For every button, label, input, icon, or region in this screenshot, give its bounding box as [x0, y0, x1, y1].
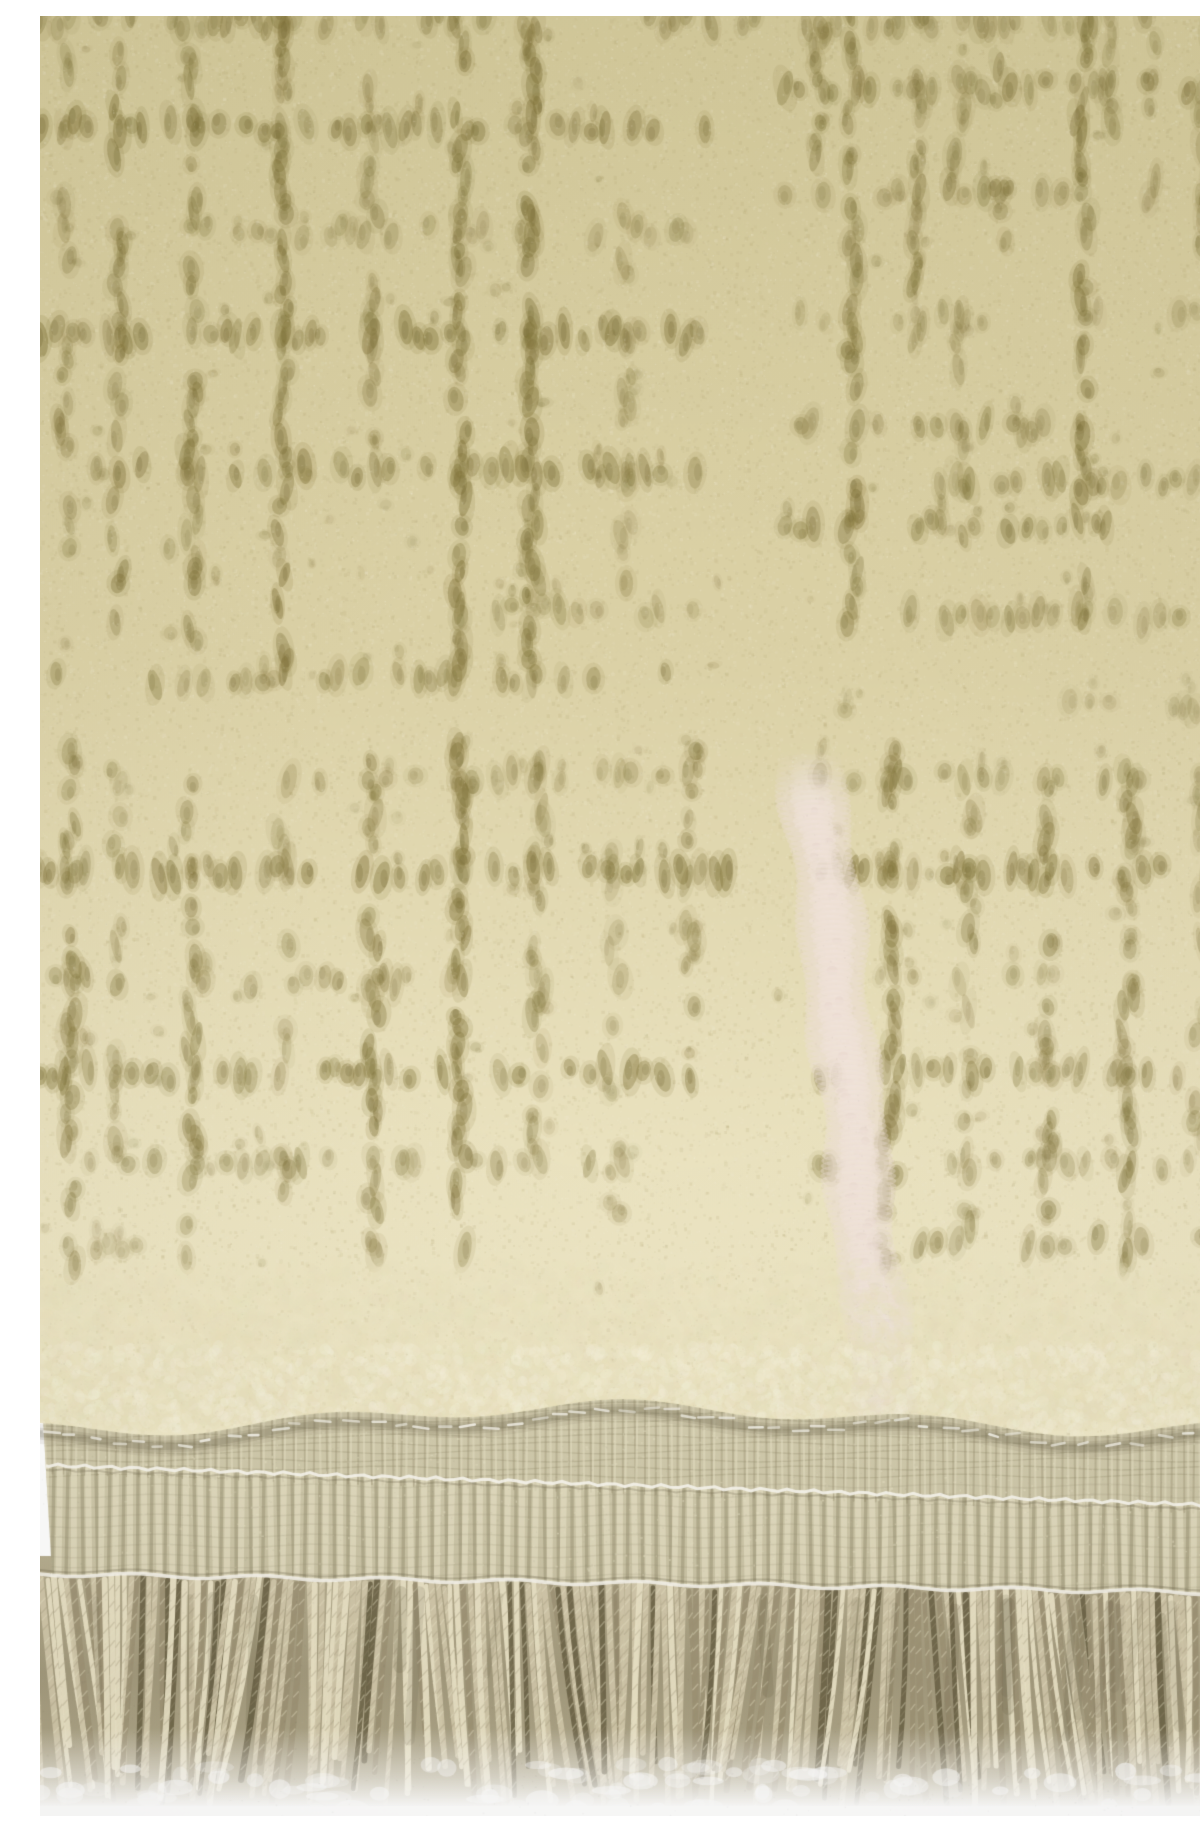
rug-canvas — [40, 16, 1200, 1816]
rug-closeup-photo — [40, 16, 1200, 1816]
